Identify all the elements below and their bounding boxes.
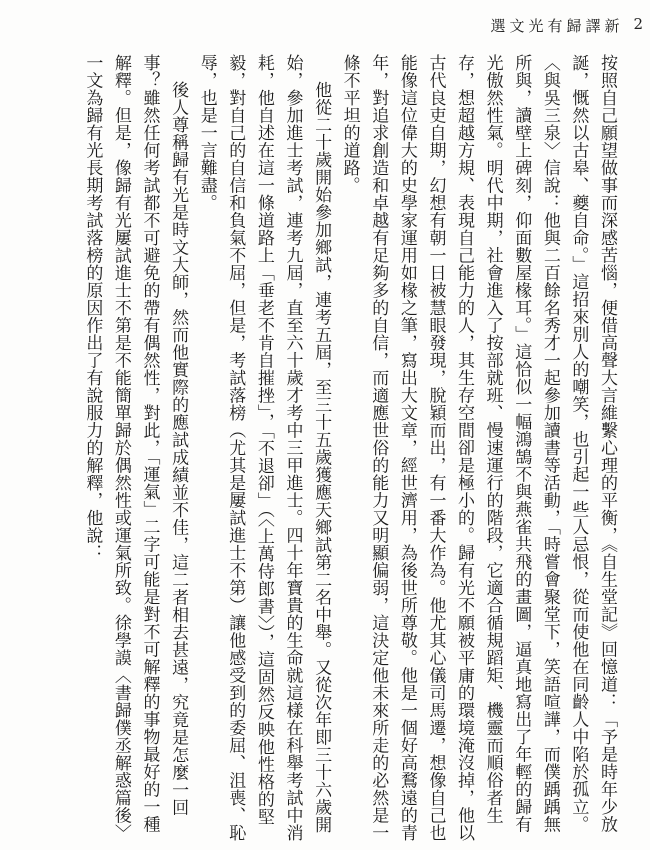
- paragraph: 他從二十歲開始參加鄉試，連考五屆，至三十五歲獲應天鄉試第二名中舉。又從次年即三十…: [192, 54, 335, 842]
- body-text: 按照自己願望做事而深感苦惱，便借高聲大言維繫心理的平衡，《自生堂記》回憶道：「予…: [78, 54, 621, 842]
- running-title: 選文光有歸譯新: [490, 15, 623, 36]
- book-page: 選文光有歸譯新 2 按照自己願望做事而深感苦惱，便借高聲大言維繫心理的平衡，《自…: [0, 0, 650, 850]
- running-head: 選文光有歸譯新 2: [490, 15, 645, 36]
- paragraph: 按照自己願望做事而深感苦惱，便借高聲大言維繫心理的平衡，《自生堂記》回憶道：「予…: [335, 54, 621, 842]
- paragraph: 後人尊稱歸有光是時文大師，然而他實際的應試成績並不佳，這二者相去甚遠，究竟是怎麼…: [78, 54, 192, 842]
- page-number: 2: [633, 15, 643, 33]
